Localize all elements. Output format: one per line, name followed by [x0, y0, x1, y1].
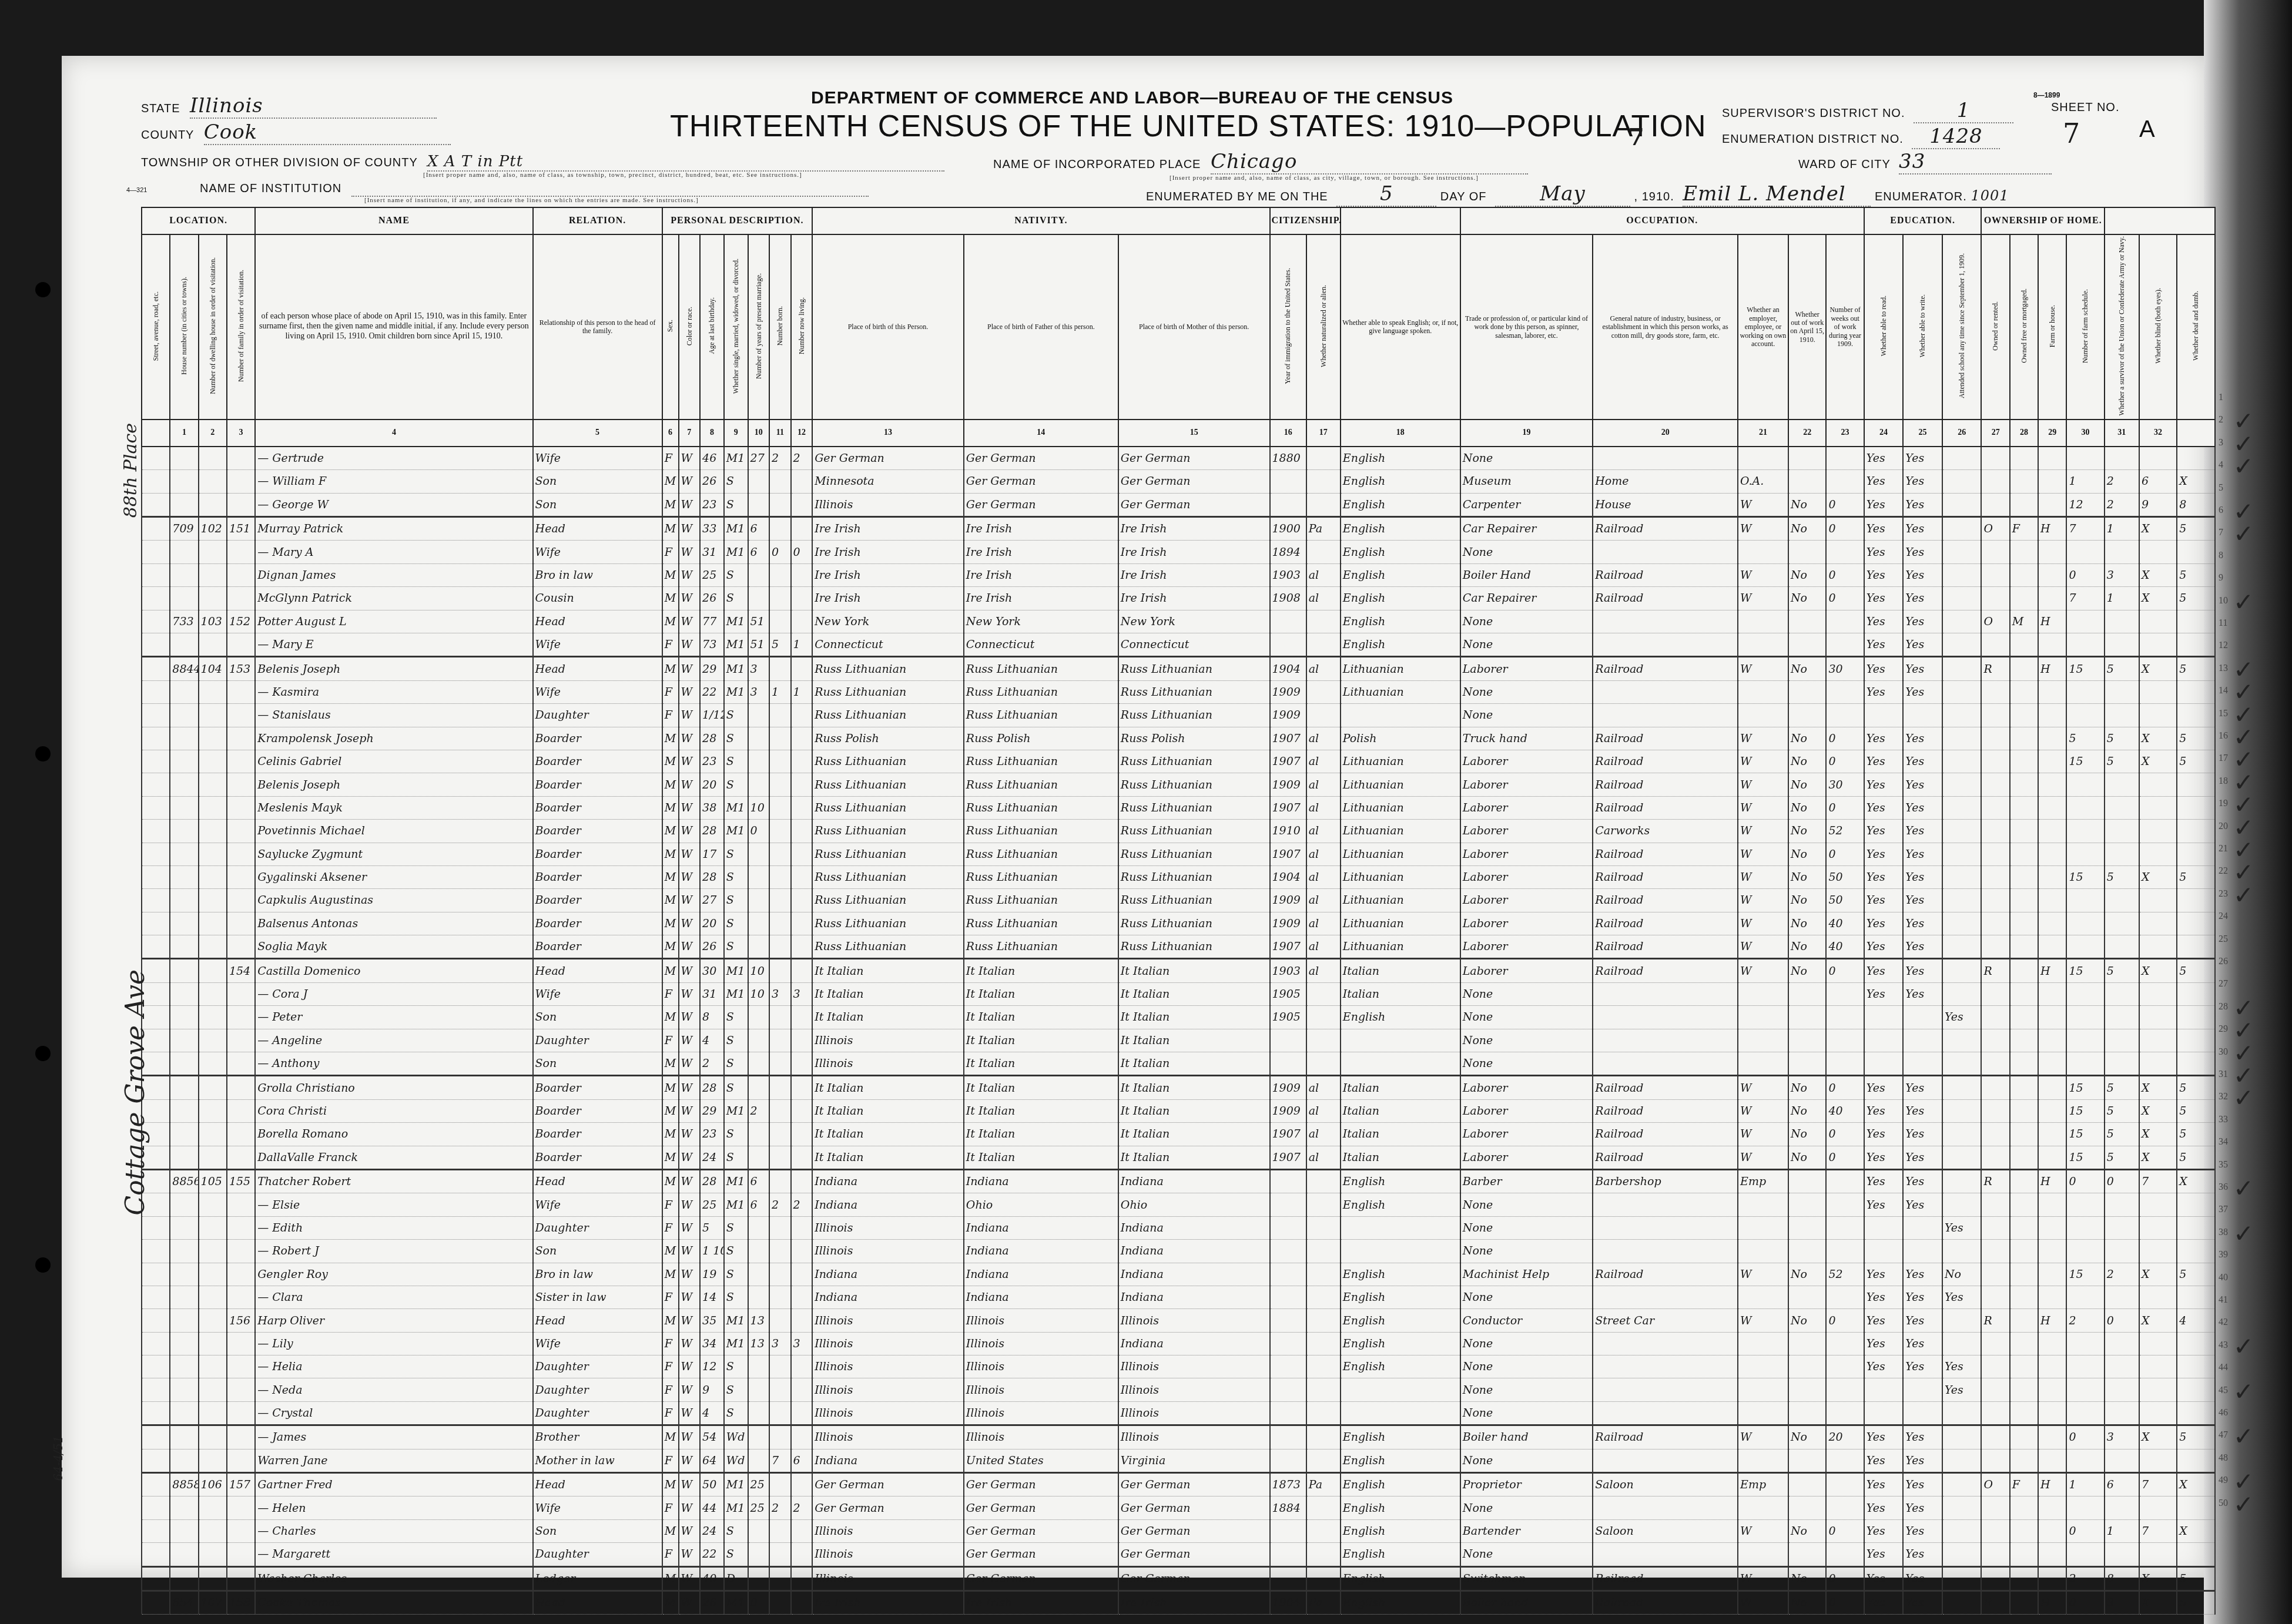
cell-lang: English: [1341, 493, 1460, 516]
cell-family: [227, 982, 255, 1005]
cell-c30: 5: [2105, 1099, 2139, 1122]
cell-trade: Carpenter: [1460, 493, 1593, 516]
cell-weeks: 0: [1826, 1146, 1864, 1169]
cell-imm: 1900: [1270, 517, 1306, 541]
cell-house: [170, 843, 198, 865]
cell-dwelling: [199, 1240, 227, 1263]
cell-ind: [1593, 1240, 1738, 1263]
cell-sex: M: [662, 727, 679, 750]
cell-race: W: [679, 1099, 701, 1122]
cell-c31: X: [2139, 727, 2177, 750]
cell-emp: W: [1738, 773, 1788, 796]
cell-dwelling: [199, 1029, 227, 1052]
cell-trade: None: [1460, 1497, 1593, 1519]
cell-living: [791, 1519, 813, 1542]
check-mark-icon: ✓: [2233, 1332, 2254, 1361]
cell-emp: [1738, 704, 1788, 727]
cell-fh: [2038, 1006, 2066, 1029]
cell-school: [1942, 1332, 1982, 1355]
binder-hole-icon: [35, 1257, 51, 1273]
cell-c32: 5: [2177, 587, 2215, 610]
cell-emp: [1738, 1286, 1788, 1308]
cell-lang: English: [1341, 1332, 1460, 1355]
check-mark-icon: ✓: [2233, 452, 2254, 481]
cell-weeks: [1826, 982, 1864, 1005]
cell-school: [1942, 1566, 1982, 1591]
cell-c30: [2105, 1052, 2139, 1076]
cell-family: [227, 1099, 255, 1122]
cell-free: [2010, 1519, 2038, 1542]
cell-family: [227, 1029, 255, 1052]
cell-marital: Wd: [724, 1425, 748, 1449]
cell-school: [1942, 633, 1982, 656]
cell-ind: [1593, 1216, 1738, 1239]
cell-own: [1981, 1401, 2009, 1425]
cell-imm: 1909: [1270, 1076, 1306, 1099]
cell-born: 2: [769, 1497, 791, 1519]
cell-weeks: [1826, 1240, 1864, 1263]
cell-lang: English: [1341, 1473, 1460, 1497]
ward-value: 33: [1899, 150, 2052, 175]
cell-relation: Mother in law: [533, 1449, 662, 1472]
cell-born: [769, 1052, 791, 1076]
cell-race: W: [679, 1566, 701, 1591]
cell-born: [769, 1286, 791, 1308]
cell-family: [227, 750, 255, 773]
cell-sex: M: [662, 865, 679, 888]
cell-nat: al: [1306, 727, 1341, 750]
cell-nat: [1306, 1543, 1341, 1566]
cell-relation: Wife: [533, 680, 662, 703]
cell-house: [170, 959, 198, 982]
group-occupation: OCCUPATION.: [1460, 207, 1864, 234]
table-row: — CharlesSonMW24SIllinoisGer GermanGer G…: [142, 1519, 2215, 1542]
cell-bp: It Italian: [812, 1076, 964, 1099]
cell-emp: [1738, 1332, 1788, 1355]
cell-lang: [1341, 1401, 1460, 1425]
cell-fh: [2038, 727, 2066, 750]
cell-bp: It Italian: [812, 1146, 964, 1169]
cell-write: Yes: [1903, 1519, 1942, 1542]
cell-dwelling: [199, 820, 227, 843]
cell-own: [1981, 680, 2009, 703]
cell-street: [142, 470, 170, 493]
cell-c32: 5: [2177, 517, 2215, 541]
cell-race: W: [679, 820, 701, 843]
cell-free: [2010, 1355, 2038, 1378]
cell-bf: It Italian: [964, 1099, 1118, 1122]
cell-out: No: [1788, 1076, 1826, 1099]
cell-free: [2010, 633, 2038, 656]
enumerated-label: ENUMERATED BY ME ON THE: [1146, 190, 1328, 203]
cell-fsched: 15: [2066, 1146, 2104, 1169]
cell-age: 19: [700, 1263, 724, 1286]
cell-imm: [1270, 1425, 1306, 1449]
cell-street: [142, 517, 170, 541]
cell-age: 28: [700, 865, 724, 888]
cell-out: No: [1788, 959, 1826, 982]
cell-born: [769, 470, 791, 493]
cell-marital: S: [724, 587, 748, 610]
column-number: 2: [199, 420, 227, 447]
sheet-value: 7: [2063, 118, 2080, 149]
cell-free: [2010, 935, 2038, 959]
cell-trade: Laborer: [1460, 796, 1593, 819]
cell-own: [1981, 843, 2009, 865]
cell-age: 29: [700, 657, 724, 680]
cell-imm: [1270, 1240, 1306, 1263]
cell-family: [227, 470, 255, 493]
cell-out: [1788, 1006, 1826, 1029]
cell-free: [2010, 1099, 2038, 1122]
line-number: 35: [2219, 1160, 2228, 1170]
cell-c32: 4: [2177, 1309, 2215, 1332]
cell-marital: S: [724, 865, 748, 888]
cell-relation: Boarder: [533, 1146, 662, 1169]
cell-relation: Boarder: [533, 1123, 662, 1146]
cell-c30: 6: [2105, 1473, 2139, 1497]
cell-sex: M: [662, 1240, 679, 1263]
supervisor-value: 1: [1914, 99, 2013, 123]
cell-out: [1788, 982, 1826, 1005]
line-number: 41: [2219, 1295, 2228, 1306]
cell-yrs: [748, 843, 770, 865]
table-row: — ClaraSister in lawFW14SIndianaIndianaI…: [142, 1286, 2215, 1308]
cell-family: [227, 1263, 255, 1286]
cell-own: R: [1981, 1591, 2009, 1615]
cell-emp: W: [1738, 1566, 1788, 1591]
cell-trade: Laborer: [1460, 865, 1593, 888]
cell-write: Yes: [1903, 912, 1942, 935]
cell-ind: Railroad: [1593, 1425, 1738, 1449]
cell-read: Yes: [1864, 470, 1904, 493]
hdr-write: Whether able to write.: [1918, 294, 1926, 357]
cell-race: W: [679, 563, 701, 586]
cell-age: 22: [700, 680, 724, 703]
cell-nat: [1306, 1401, 1341, 1425]
cell-marital: S: [724, 1146, 748, 1169]
cell-read: Yes: [1864, 1099, 1904, 1122]
cell-living: [791, 470, 813, 493]
cell-bp: It Italian: [812, 1006, 964, 1029]
cell-sex: M: [662, 470, 679, 493]
table-row: — PeterSonMW8SIt ItalianIt ItalianIt Ita…: [142, 1006, 2215, 1029]
cell-name: Belenis Joseph: [255, 657, 532, 680]
cell-ind: Railroad: [1593, 587, 1738, 610]
cell-race: W: [679, 1591, 701, 1615]
cell-emp: W: [1738, 959, 1788, 982]
check-mark-icon: ✓: [2233, 881, 2254, 910]
cell-bf: It Italian: [964, 1076, 1118, 1099]
cell-house: [170, 1052, 198, 1076]
cell-house: [170, 1566, 198, 1591]
cell-emp: W: [1738, 657, 1788, 680]
table-row: Borella RomanoBoarderMW23SIt ItalianIt I…: [142, 1123, 2215, 1146]
cell-sex: F: [662, 680, 679, 703]
line-number: 11: [2219, 618, 2227, 629]
cell-c32: [2177, 796, 2215, 819]
cell-age: 35: [700, 1309, 724, 1332]
cell-c32: [2177, 447, 2215, 470]
cell-read: Yes: [1864, 796, 1904, 819]
cell-c32: 5: [2177, 959, 2215, 982]
cell-yrs: [748, 1029, 770, 1052]
cell-school: [1942, 843, 1982, 865]
cell-write: Yes: [1903, 680, 1942, 703]
cell-c30: [2105, 796, 2139, 819]
cell-marital: S: [724, 1216, 748, 1239]
cell-sex: M: [662, 1006, 679, 1029]
cell-own: [1981, 1425, 2009, 1449]
cell-free: [2010, 1006, 2038, 1029]
cell-c32: [2177, 1193, 2215, 1216]
cell-fh: [2038, 1425, 2066, 1449]
cell-yrs: 2: [748, 1099, 770, 1122]
cell-fh: [2038, 1497, 2066, 1519]
state-field: STATE Illinois: [141, 94, 437, 119]
line-number: 21: [2219, 844, 2228, 854]
cell-nat: al: [1306, 843, 1341, 865]
line-number: 17: [2219, 753, 2228, 764]
cell-living: [791, 912, 813, 935]
cell-nat: [1306, 1029, 1341, 1052]
cell-weeks: [1826, 1029, 1864, 1052]
cell-yrs: [748, 1076, 770, 1099]
cell-lang: English: [1341, 1519, 1460, 1542]
cell-c32: 5: [2177, 1263, 2215, 1286]
cell-bm: Russ Lithuanian: [1118, 843, 1270, 865]
cell-nat: [1306, 1240, 1341, 1263]
cell-weeks: 0: [1826, 1566, 1864, 1591]
cell-marital: S: [724, 1543, 748, 1566]
cell-bm: Illinois: [1118, 1425, 1270, 1449]
cell-yrs: [748, 750, 770, 773]
cell-fh: [2038, 1401, 2066, 1425]
cell-age: 73: [700, 633, 724, 656]
cell-ind: Railroad: [1593, 865, 1738, 888]
cell-race: W: [679, 633, 701, 656]
left-margin-id: 64-4/51: [51, 1435, 65, 1481]
cell-lang: Italian: [1341, 1099, 1460, 1122]
cell-c31: [2139, 796, 2177, 819]
cell-own: R: [1981, 959, 2009, 982]
cell-house: [170, 1378, 198, 1401]
column-number: 13: [812, 420, 964, 447]
cell-c30: 3: [2105, 1591, 2139, 1615]
hdr-read: Whether able to read.: [1879, 296, 1888, 356]
hdr-farm-schedule: Number of farm schedule.: [2081, 289, 2089, 363]
cell-fsched: [2066, 1006, 2104, 1029]
cell-race: W: [679, 493, 701, 516]
cell-write: Yes: [1903, 447, 1942, 470]
cell-out: No: [1788, 820, 1826, 843]
line-number: 39: [2219, 1250, 2228, 1260]
cell-race: W: [679, 1169, 701, 1193]
cell-trade: Conductor: [1460, 1309, 1593, 1332]
cell-bm: It Italian: [1118, 1006, 1270, 1029]
cell-own: [1981, 1123, 2009, 1146]
cell-sex: M: [662, 1123, 679, 1146]
cell-race: W: [679, 587, 701, 610]
cell-c32: 5: [2177, 1591, 2215, 1615]
cell-emp: W: [1738, 587, 1788, 610]
cell-read: Yes: [1864, 1543, 1904, 1566]
cell-sex: F: [662, 633, 679, 656]
cell-out: No: [1788, 935, 1826, 959]
line-number: 6: [2219, 505, 2223, 516]
cell-street: [142, 563, 170, 586]
cell-own: [1981, 1543, 2009, 1566]
cell-bf: Ire Irish: [964, 517, 1118, 541]
cell-own: [1981, 563, 2009, 586]
cell-name: Harp Oliver: [255, 1309, 532, 1332]
cell-born: [769, 1543, 791, 1566]
cell-read: Yes: [1864, 633, 1904, 656]
cell-age: 25: [700, 563, 724, 586]
cell-read: [1864, 1216, 1904, 1239]
cell-marital: M1: [724, 1309, 748, 1332]
hdr-marital: Whether single, married, widowed, or div…: [732, 259, 740, 394]
cell-fsched: [2066, 1497, 2104, 1519]
cell-born: 5: [769, 633, 791, 656]
county-label: COUNTY: [141, 129, 194, 142]
cell-nat: al: [1306, 1146, 1341, 1169]
cell-living: [791, 1169, 813, 1193]
cell-fsched: 15: [2066, 865, 2104, 888]
cell-born: [769, 1263, 791, 1286]
cell-street: [142, 447, 170, 470]
cell-dwelling: 103: [199, 610, 227, 633]
cell-age: 4: [700, 1401, 724, 1425]
cell-age: 12: [700, 1355, 724, 1378]
cell-school: [1942, 1099, 1982, 1122]
table-row: — MargarettDaughterFW22SIllinoisGer Germ…: [142, 1543, 2215, 1566]
cell-own: [1981, 1378, 2009, 1401]
cell-school: [1942, 982, 1982, 1005]
cell-nat: [1306, 470, 1341, 493]
cell-living: [791, 1543, 813, 1566]
cell-c31: 7: [2139, 1473, 2177, 1497]
cell-fsched: 7: [2066, 587, 2104, 610]
cell-marital: S: [724, 935, 748, 959]
cell-bp: Ger German: [812, 1473, 964, 1497]
cell-c30: 5: [2105, 727, 2139, 750]
cell-read: [1864, 1006, 1904, 1029]
hdr-owned-rented: Owned or rented.: [1991, 301, 1999, 351]
cell-school: [1942, 470, 1982, 493]
cell-fh: [2038, 1029, 2066, 1052]
margin-street-cottage-grove: Cottage Grove Ave: [120, 969, 150, 1215]
cell-c30: [2105, 541, 2139, 563]
cell-marital: S: [724, 912, 748, 935]
column-number: 11: [769, 420, 791, 447]
cell-own: [1981, 1286, 2009, 1308]
table-row: 8856105155Thatcher RobertHeadMW28M16Indi…: [142, 1169, 2215, 1193]
cell-c31: [2139, 1449, 2177, 1472]
cell-family: [227, 1146, 255, 1169]
cell-bf: Russ Lithuanian: [964, 750, 1118, 773]
cell-school: [1942, 517, 1982, 541]
table-row: Dignan JamesBro in lawMW25SIre IrishIre …: [142, 563, 2215, 586]
cell-lang: English: [1341, 1263, 1460, 1286]
enumeration-date-field: ENUMERATED BY ME ON THE 5 DAY OF May , 1…: [1146, 182, 2009, 207]
cell-bp: It Italian: [812, 959, 964, 982]
cell-ind: Carworks: [1593, 820, 1738, 843]
cell-family: 156: [227, 1309, 255, 1332]
column-number: 30: [2066, 420, 2104, 447]
cell-bm: Russ Lithuanian: [1118, 680, 1270, 703]
cell-house: [170, 587, 198, 610]
hdr-trade: Trade or profession of, or particular ki…: [1460, 234, 1593, 420]
cell-marital: S: [724, 704, 748, 727]
cell-name: Potter August L: [255, 610, 532, 633]
cell-bp: Illinois: [812, 1355, 964, 1378]
cell-trade: Car Repairer: [1460, 587, 1593, 610]
cell-born: 2: [769, 1193, 791, 1216]
cell-living: [791, 1052, 813, 1076]
cell-weeks: 40: [1826, 912, 1864, 935]
line-number: 18: [2219, 776, 2228, 787]
cell-c31: [2139, 610, 2177, 633]
table-row: — AngelineDaughterFW4SIllinoisIt Italian…: [142, 1029, 2215, 1052]
table-row: Povetinnis MichaelBoarderMW28M10Russ Lit…: [142, 820, 2215, 843]
cell-age: 9: [700, 1378, 724, 1401]
cell-bm: Ire Irish: [1118, 587, 1270, 610]
cell-ind: [1593, 1052, 1738, 1076]
cell-race: W: [679, 727, 701, 750]
cell-read: [1864, 1029, 1904, 1052]
cell-imm: 1904: [1270, 865, 1306, 888]
cell-family: [227, 1425, 255, 1449]
cell-yrs: 27: [748, 447, 770, 470]
cell-name: — Lily: [255, 1332, 532, 1355]
cell-lang: English: [1341, 1193, 1460, 1216]
cell-living: [791, 657, 813, 680]
cell-name: Povetinnis Michael: [255, 820, 532, 843]
cell-bm: It Italian: [1118, 1076, 1270, 1099]
check-mark-icon: ✓: [2233, 1377, 2254, 1406]
cell-lang: Lithuanian: [1341, 680, 1460, 703]
cell-weeks: 0: [1826, 843, 1864, 865]
cell-living: [791, 704, 813, 727]
line-number: 5: [2219, 483, 2223, 494]
cell-family: [227, 1240, 255, 1263]
cell-out: [1788, 1029, 1826, 1052]
cell-own: [1981, 1449, 2009, 1472]
cell-bf: Ire Irish: [964, 563, 1118, 586]
cell-ind: [1593, 1286, 1738, 1308]
cell-c31: [2139, 680, 2177, 703]
cell-ind: Saloon: [1593, 1519, 1738, 1542]
cell-imm: 1894: [1270, 541, 1306, 563]
cell-family: 154: [227, 959, 255, 982]
cell-bm: New York: [1118, 610, 1270, 633]
cell-marital: M1: [724, 982, 748, 1005]
cell-sex: F: [662, 1332, 679, 1355]
cell-yrs: [748, 935, 770, 959]
cell-c32: X: [2177, 1519, 2215, 1542]
cell-marital: M1: [724, 1099, 748, 1122]
cell-fh: [2038, 541, 2066, 563]
cell-ind: [1593, 1378, 1738, 1401]
cell-own: [1981, 1519, 2009, 1542]
column-number: 8: [700, 420, 724, 447]
cell-lang: English: [1341, 1286, 1460, 1308]
cell-bm: Ger German: [1118, 1497, 1270, 1519]
cell-nat: al: [1306, 1123, 1341, 1146]
cell-sex: M: [662, 1591, 679, 1615]
cell-name: Capkulis Augustinas: [255, 889, 532, 912]
